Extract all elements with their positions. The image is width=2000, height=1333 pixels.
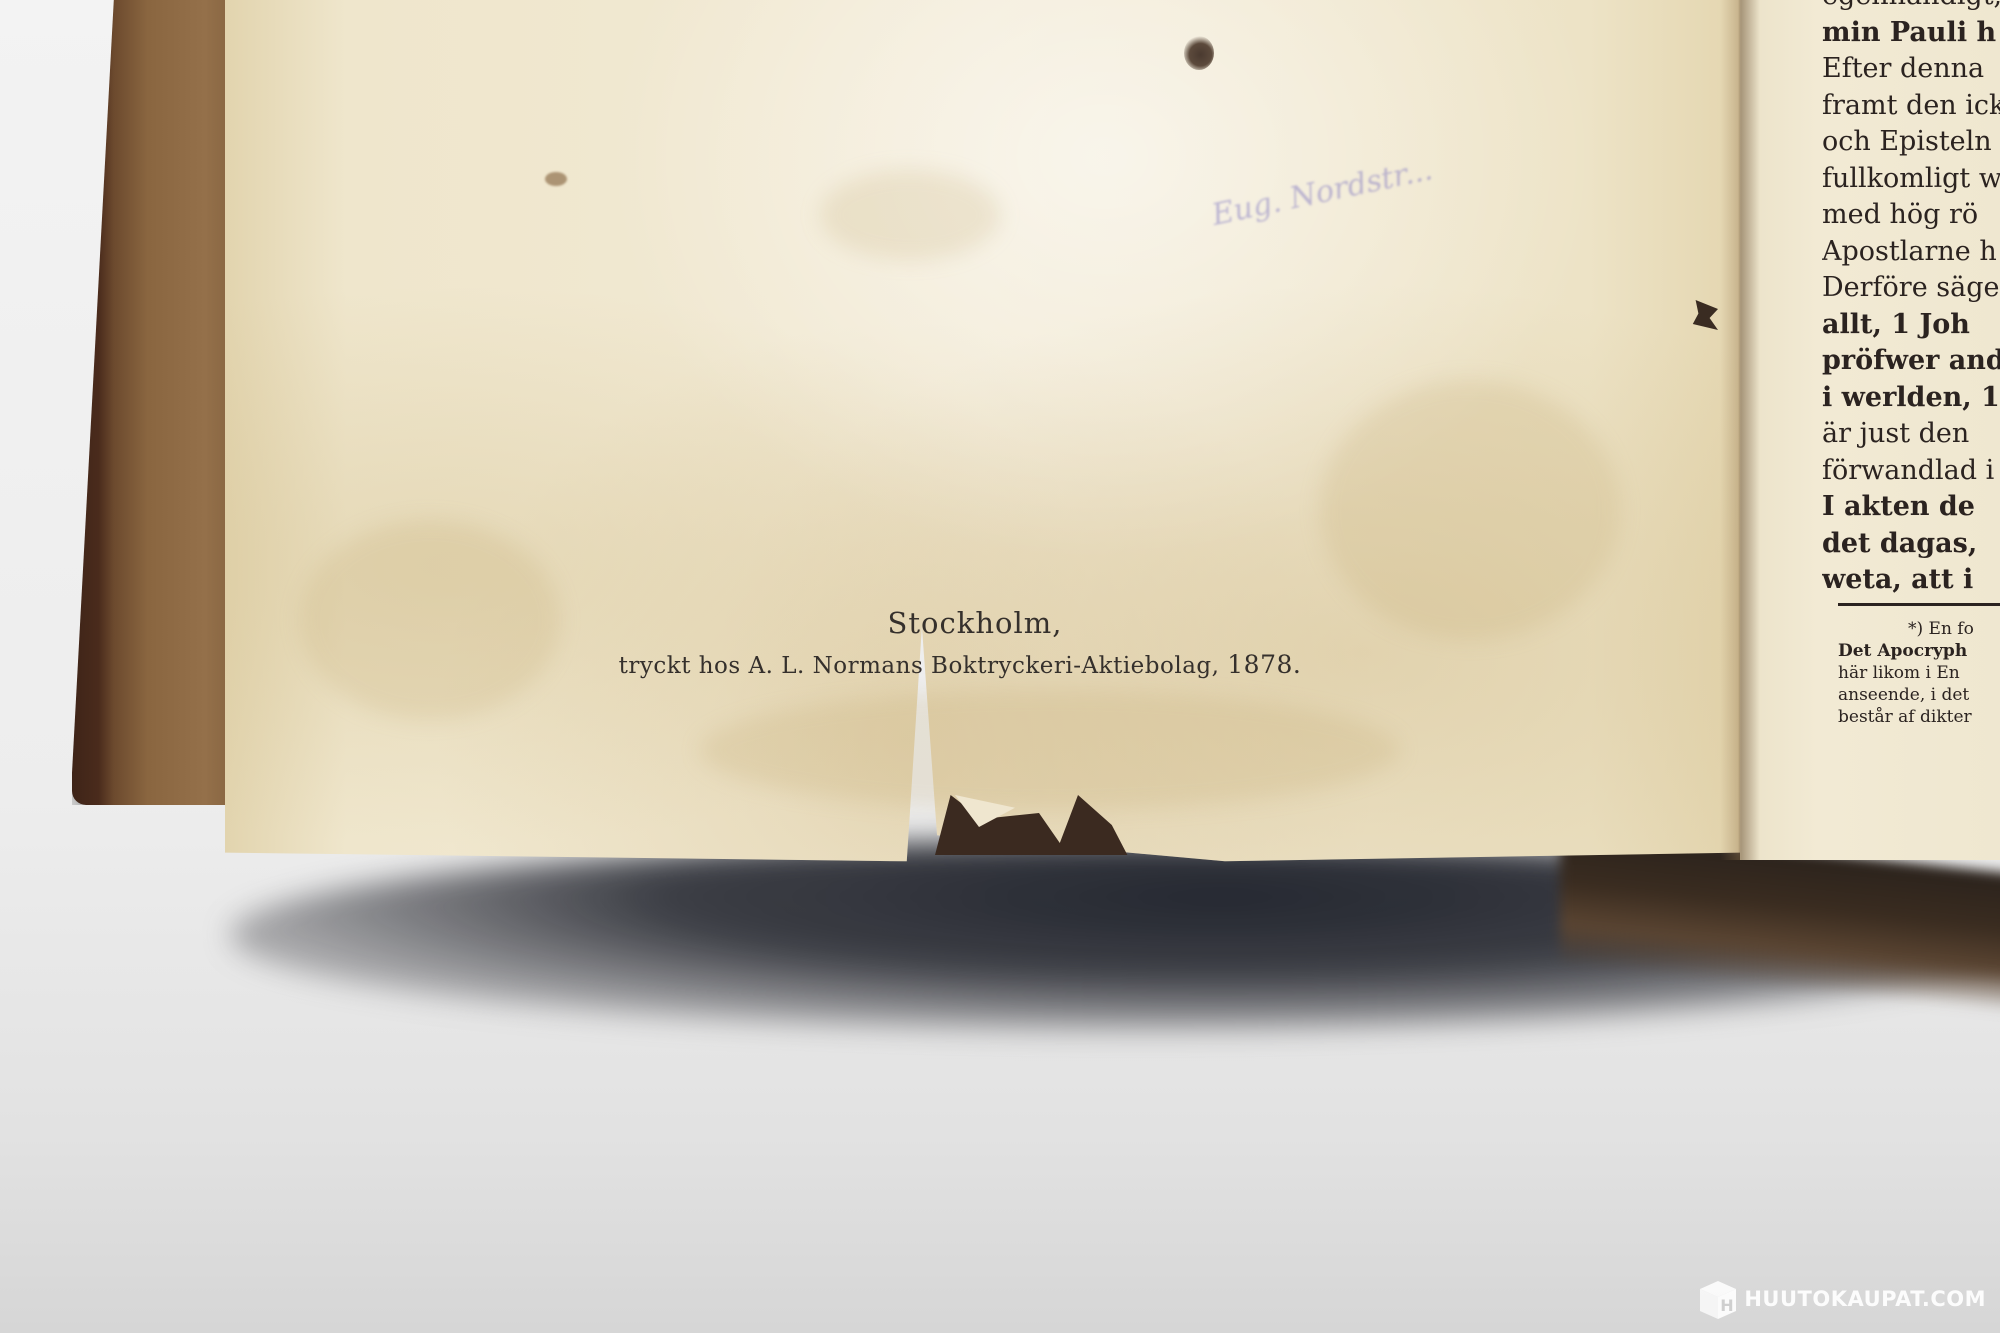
footnote-line: anseende, i det — [1838, 684, 2000, 706]
text-line: det dagas, — [1822, 526, 2000, 563]
book-gutter — [1720, 0, 1760, 860]
svg-text:H: H — [1721, 1296, 1734, 1315]
footnote-line: Det Apocryph — [1838, 640, 2000, 662]
footnote-divider — [1838, 603, 2000, 606]
imprint-city: Stockholm, — [630, 606, 1320, 640]
footnote-line: här likom i En — [1838, 662, 2000, 684]
text-line: är just den — [1822, 416, 2000, 453]
imprint-block: Stockholm, tryckt hos A. L. Normans Bokt… — [600, 606, 1320, 679]
water-stain — [700, 690, 1400, 810]
text-line: allt, 1 Joh — [1822, 307, 2000, 344]
text-line: i werlden, 1 — [1822, 380, 2000, 417]
footnote-line: *) En fo — [1838, 618, 2000, 640]
book-photo: Eug. Nordstr... Stockholm, tryckt hos A.… — [0, 0, 2000, 1333]
text-line: framt den ick — [1822, 88, 2000, 125]
footnote-text: *) En fo Det Apocryph här likom i En ans… — [1838, 618, 2000, 728]
text-line: min Pauli h — [1822, 15, 2000, 52]
text-line: Apostlarne h — [1822, 234, 2000, 271]
imprint-printer: tryckt hos A. L. Normans Boktryckeri-Akt… — [619, 653, 1220, 679]
text-line: pröfwer and — [1822, 343, 2000, 380]
watermark-text: HUUTOKAUPAT.COM — [1744, 1287, 1986, 1311]
text-line: I akten de — [1822, 489, 2000, 526]
text-line: förwandlad i — [1822, 453, 2000, 490]
text-line: med hög rö — [1822, 197, 2000, 234]
footnote-line: består af dikter — [1838, 706, 2000, 728]
text-line: Derföre säge — [1822, 270, 2000, 307]
text-line: weta, att i — [1822, 562, 2000, 599]
text-line: Efter denna — [1822, 51, 2000, 88]
imprint-year: 1878. — [1227, 650, 1301, 679]
water-stain — [300, 520, 560, 720]
water-stain — [820, 170, 1000, 260]
right-page-text: egenhändigt, min Pauli h Efter denna fra… — [1822, 0, 2000, 599]
watermark: H HUUTOKAUPAT.COM — [1696, 1277, 1986, 1321]
text-line: fullkomligt w — [1822, 161, 2000, 198]
ink-blot — [1184, 36, 1214, 70]
imprint-printer-line: tryckt hos A. L. Normans Boktryckeri-Akt… — [600, 650, 1320, 679]
paper-speck — [545, 172, 567, 186]
cube-logo-icon: H — [1696, 1277, 1740, 1321]
text-line: egenhändigt, — [1822, 0, 2000, 15]
water-stain — [1320, 380, 1620, 640]
text-line: och Episteln — [1822, 124, 2000, 161]
